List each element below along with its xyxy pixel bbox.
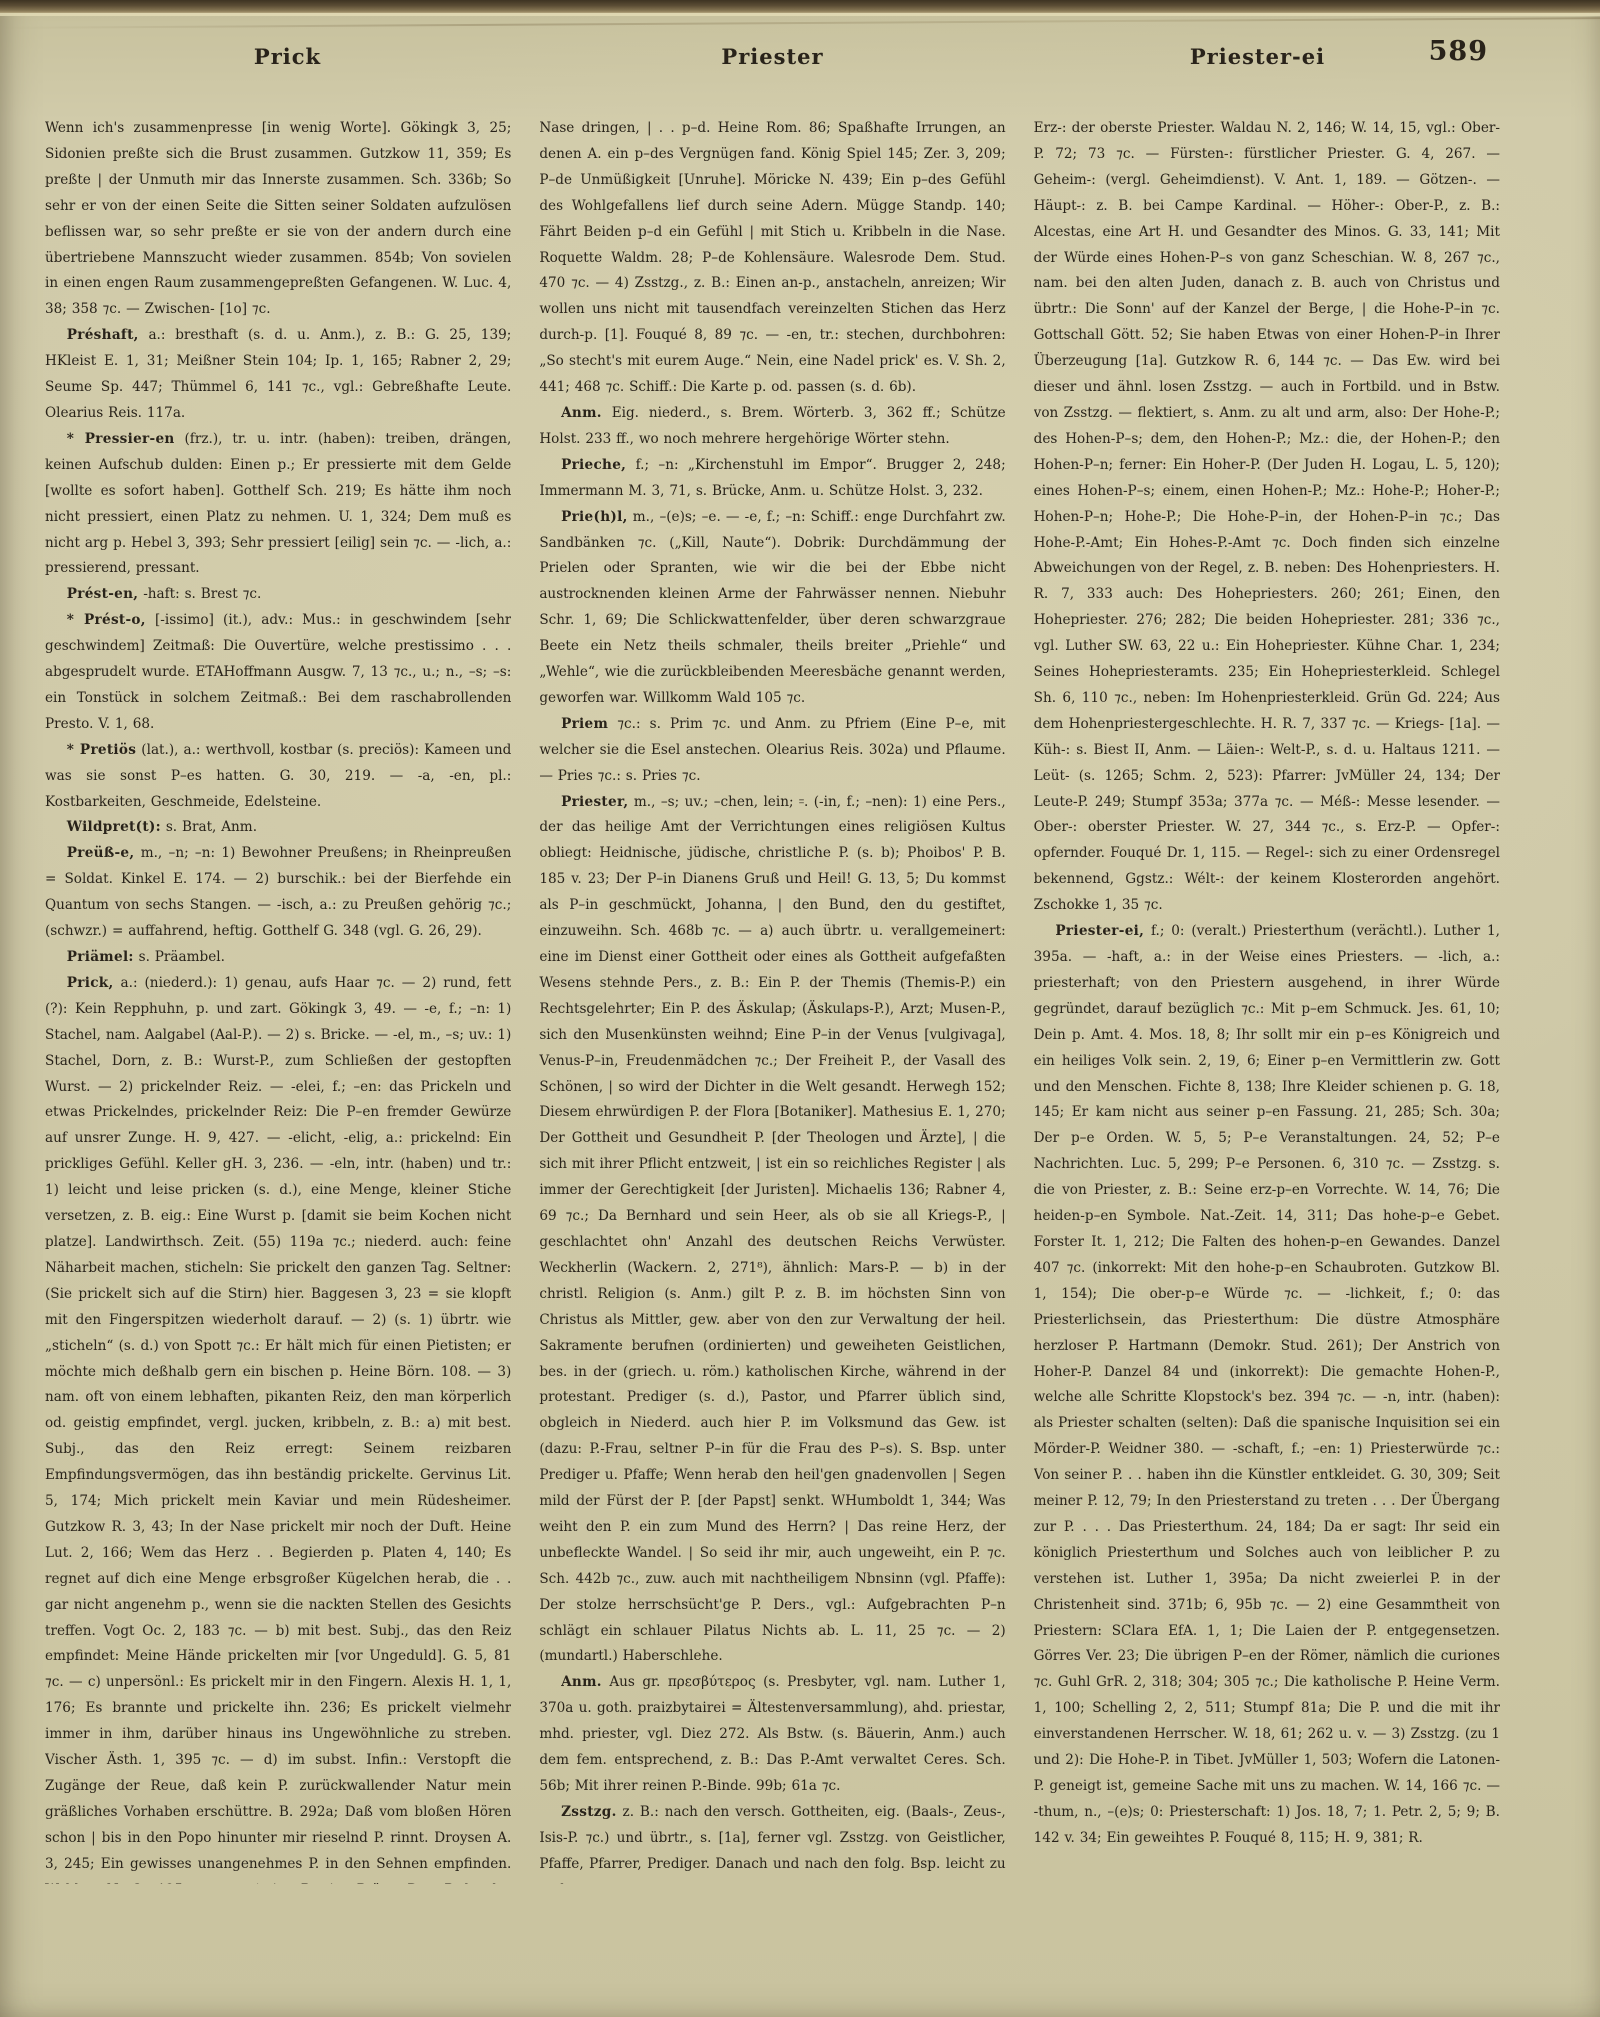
dictionary-page: Prick Priester Priester-ei 589 Wenn ich'… [0,0,1600,2017]
entry-paragraph: Anm. Aus gr. πρεσβύτερος (s. Presbyter, … [539,1670,1005,1800]
headword: Priester, [561,794,628,810]
headword: Prie(h)l, [561,509,628,525]
headword: Priem [561,716,608,732]
scan-top-edge [0,0,1600,13]
entry-paragraph: * Prést-o, [-issimo] (it.), adv.: Mus.: … [45,608,511,738]
headword: * Prést-o, [67,612,146,628]
entry-paragraph: Prick, a.: (niederd.): 1) genau, aufs Ha… [45,971,511,1884]
entry-paragraph: Prést-en, -haft: s. Brest ⁊c. [45,582,511,608]
column-2: Nase dringen, | . . p–d. Heine Rom. 86; … [539,116,1005,1884]
text-columns: Wenn ich's zusammenpresse [in wenig Wort… [45,116,1500,1884]
entry-paragraph: Preüß-e, m., –n; –n: 1) Bewohner Preußen… [45,841,511,945]
entry-paragraph: Prieche, f.; –n: „Kirchenstuhl im Empor“… [539,453,1005,505]
page-number: 589 [1429,36,1488,67]
headword: Prick, [67,975,114,991]
headword: Priämel: [67,949,134,965]
headword: Preüß-e, [67,845,135,861]
headword: Wildpret(t): [67,819,161,835]
headword: Anm. [561,1674,602,1690]
headword: * Pretiös [67,742,136,758]
column-3: Erz-: der oberste Priester. Waldau N. 2,… [1034,116,1500,1884]
entry-paragraph: Priämel: s. Präambel. [45,945,511,971]
headword: Préshaft, [67,327,139,343]
continuation-paragraph: Wenn ich's zusammenpresse [in wenig Wort… [45,116,511,323]
scan-top-edge-highlight [0,13,1600,16]
headword: Prieche, [561,457,626,473]
running-head: Prick Priester Priester-ei [45,44,1500,69]
headword: Zsstzg. [561,1804,617,1820]
paper-crease [0,17,1600,29]
headword: Anm. [561,405,602,421]
entry-paragraph: * Pressier-en (frz.), tr. u. intr. (habe… [45,427,511,582]
headword: Prést-en, [67,586,139,602]
entry-paragraph: Zsstzg. z. B.: nach den versch. Gottheit… [539,1800,1005,1884]
running-head-center: Priester [530,44,1015,69]
continuation-paragraph: Nase dringen, | . . p–d. Heine Rom. 86; … [539,116,1005,401]
entry-paragraph: Prie(h)l, m., –(e)s; –e. — -e, f.; –n: S… [539,505,1005,712]
column-1: Wenn ich's zusammenpresse [in wenig Wort… [45,116,511,1884]
headword: Priester-ei, [1055,923,1144,939]
entry-paragraph: * Pretiös (lat.), a.: werthvoll, kostbar… [45,738,511,816]
entry-paragraph: Préshaft, a.: bresthaft (s. d. u. Anm.),… [45,323,511,427]
entry-paragraph: Wildpret(t): s. Brat, Anm. [45,815,511,841]
entry-paragraph: Priem ⁊c.: s. Prim ⁊c. und Anm. zu Pfrie… [539,712,1005,790]
entry-paragraph: Priester, m., –s; uv.; –chen, lein; ꞊. (… [539,790,1005,1671]
running-head-left: Prick [45,44,530,69]
entry-paragraph: Anm. Eig. niederd., s. Brem. Wörterb. 3,… [539,401,1005,453]
running-head-right: Priester-ei [1015,44,1500,69]
entry-paragraph: Priester-ei, f.; 0: (veralt.) Priesterth… [1034,919,1500,1852]
continuation-paragraph: Erz-: der oberste Priester. Waldau N. 2,… [1034,116,1500,919]
headword: * Pressier-en [67,431,175,447]
